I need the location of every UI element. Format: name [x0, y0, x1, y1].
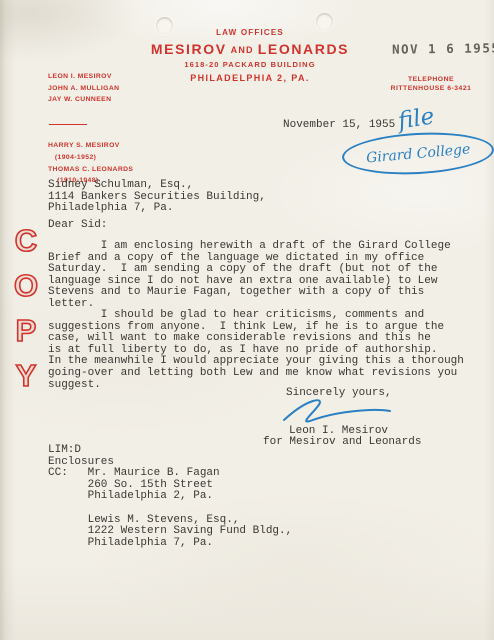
text-line: I should be glad to hear criticisms, com…: [48, 310, 464, 322]
letterhead-firm-name: MESIROVANDLEONARDS: [127, 41, 373, 57]
text-line: Philadelphia 7, Pa.: [48, 203, 266, 215]
telephone-block: TELEPHONE RITTENHOUSE 6-3421: [383, 75, 479, 93]
text-line: JAY W. CUNNEEN: [48, 96, 168, 108]
reference-and-cc-block: LIM:DEnclosuresCC: Mr. Maurice B. Fagan …: [48, 445, 292, 549]
body-paragraph-2: I should be glad to hear criticisms, com…: [48, 310, 464, 391]
telephone-number: RITTENHOUSE 6-3421: [383, 84, 479, 93]
copy-stamp-letter: P: [8, 314, 44, 359]
text-line: Sidney Schulman, Esq.,: [48, 180, 266, 192]
letterhead-law-offices: LAW OFFICES: [127, 28, 373, 37]
text-line: [48, 503, 292, 515]
scanned-letter-page: LAW OFFICES MESIROVANDLEONARDS 1618-20 P…: [0, 0, 494, 640]
copy-stamp-letter: O: [8, 269, 44, 314]
text-line: LIM:D: [48, 445, 292, 457]
received-date-stamp: NOV 1 6 1955: [392, 40, 494, 57]
text-line: HARRY S. MESIROV: [48, 142, 168, 154]
salutation: Dear Sid:: [48, 220, 107, 232]
text-line: suggest.: [48, 380, 464, 392]
text-line: THOMAS C. LEONARDS: [48, 166, 168, 178]
attorney-names: LEON I. MESIROVJOHN A. MULLIGANJAY W. CU…: [48, 73, 168, 108]
text-line: going-over and letting both Lew and me k…: [48, 368, 464, 380]
text-line: LEON I. MESIROV: [48, 73, 168, 85]
letter-date: November 15, 1955: [283, 120, 395, 132]
text-line: JOHN A. MULLIGAN: [48, 85, 168, 97]
circled-note-text: Girard College: [365, 141, 470, 166]
text-line: Philadelphia 2, Pa.: [48, 491, 292, 503]
copy-stamp-letter: C: [8, 224, 44, 269]
recipient-address: Sidney Schulman, Esq.,1114 Bankers Secur…: [48, 180, 266, 215]
text-line: Stevens and to Maurie Fagan, together wi…: [48, 287, 451, 299]
telephone-label: TELEPHONE: [383, 75, 479, 84]
copy-stamp-letter: Y: [8, 359, 44, 404]
handwritten-circled-note: Girard College: [341, 129, 494, 178]
copy-stamp: COPY: [8, 224, 44, 404]
text-line: (1904-1952): [48, 154, 168, 166]
text-line: 1222 Western Saving Fund Bldg.,: [48, 526, 292, 538]
text-line: Philadelphia 7, Pa.: [48, 538, 292, 550]
body-paragraph-1: I am enclosing herewith a draft of the G…: [48, 241, 451, 311]
text-line: I am enclosing herewith a draft of the G…: [48, 241, 451, 253]
handwritten-file-note: file: [396, 103, 436, 134]
attorney-divider: [49, 124, 87, 125]
